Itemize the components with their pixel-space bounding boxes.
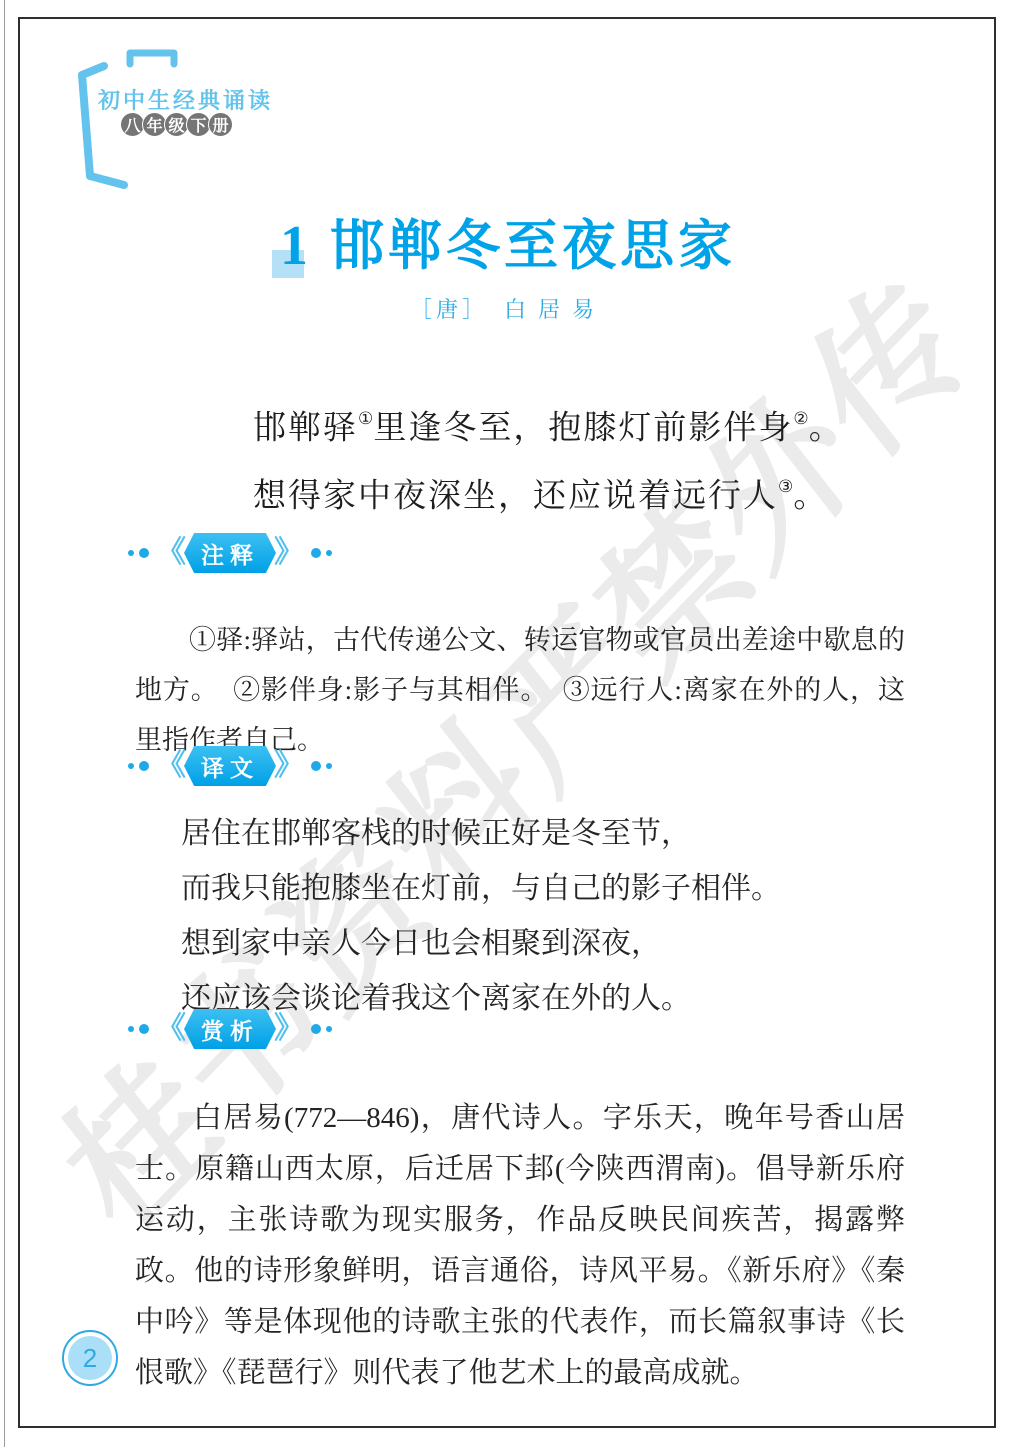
deco-dot bbox=[311, 1024, 321, 1034]
footnote-ref-2: ② bbox=[793, 409, 808, 428]
deco-dot bbox=[139, 1024, 149, 1034]
deco-dot bbox=[311, 761, 321, 771]
page-number-circle: 2 bbox=[62, 1330, 118, 1386]
footnote-ref-3: ③ bbox=[778, 477, 793, 496]
section-badge-notes: 注释 bbox=[184, 533, 276, 573]
deco-dot bbox=[128, 550, 134, 556]
textbook-page: 桂书资料严禁外传 初中生经典诵读 八 年 级 下 册 1邯郸冬至夜思家 ［唐］白… bbox=[0, 0, 1016, 1447]
author-line: ［唐］白居易 bbox=[0, 293, 1016, 324]
grade-badge-char: 册 bbox=[208, 112, 233, 137]
translation-block: 居住在邯郸客栈的时候正好是冬至节， 而我只能抱膝坐在灯前，与自己的影子相伴。 想… bbox=[181, 806, 781, 1026]
deco-dot bbox=[139, 761, 149, 771]
chevron-right-icon: 》 bbox=[274, 1014, 304, 1044]
deco-dot bbox=[128, 763, 134, 769]
section-header-notes: 《 注释 》 bbox=[128, 531, 332, 575]
analysis-paragraph: 白居易(772—846)，唐代诗人。字乐天，晚年号香山居士。原籍山西太原，后迁居… bbox=[135, 1093, 905, 1399]
section-badge-translation: 译文 bbox=[184, 746, 276, 786]
lesson-number: 1 bbox=[280, 214, 308, 278]
section-header-analysis: 《 赏析 》 bbox=[128, 1007, 332, 1051]
poem-line-2: 想得家中夜深坐，还应说着远行人③。 bbox=[253, 458, 844, 526]
deco-dot bbox=[139, 548, 149, 558]
deco-dot bbox=[326, 1026, 332, 1032]
chevron-right-icon: 》 bbox=[274, 751, 304, 781]
grade-badge: 八 年 级 下 册 bbox=[120, 112, 230, 137]
section-header-translation: 《 译文 》 bbox=[128, 744, 332, 788]
notes-paragraph: ①驿:驿站，古代传递公文、转运官物或官员出差途中歇息的地方。 ②影伴身:影子与其… bbox=[135, 615, 905, 765]
poem-line-1: 邯郸驿①里逢冬至，抱膝灯前影伴身②。 bbox=[253, 390, 844, 458]
deco-dot bbox=[326, 550, 332, 556]
translation-line: 而我只能抱膝坐在灯前，与自己的影子相伴。 bbox=[181, 861, 781, 916]
lesson-title-line: 1邯郸冬至夜思家 bbox=[0, 203, 1016, 280]
chevron-left-icon: 《 bbox=[156, 538, 186, 568]
translation-line: 想到家中亲人今日也会相聚到深夜， bbox=[181, 916, 781, 971]
deco-dot bbox=[311, 548, 321, 558]
deco-dot bbox=[326, 763, 332, 769]
chevron-left-icon: 《 bbox=[156, 751, 186, 781]
chevron-right-icon: 》 bbox=[274, 538, 304, 568]
page-content: 初中生经典诵读 八 年 级 下 册 1邯郸冬至夜思家 ［唐］白居易 邯郸驿①里逢… bbox=[0, 0, 1016, 1447]
lesson-title: 邯郸冬至夜思家 bbox=[330, 203, 736, 280]
section-badge-analysis: 赏析 bbox=[184, 1009, 276, 1049]
poem: 邯郸驿①里逢冬至，抱膝灯前影伴身②。 想得家中夜深坐，还应说着远行人③。 bbox=[253, 390, 844, 525]
chevron-left-icon: 《 bbox=[156, 1014, 186, 1044]
author-name: 白居易 bbox=[504, 297, 606, 322]
footnote-ref-1: ① bbox=[358, 409, 373, 428]
deco-dot bbox=[128, 1026, 134, 1032]
dynasty-label: ［唐］ bbox=[410, 297, 488, 322]
series-title: 初中生经典诵读 bbox=[98, 84, 398, 115]
page-number: 2 bbox=[68, 1336, 112, 1380]
translation-line: 居住在邯郸客栈的时候正好是冬至节， bbox=[181, 806, 781, 861]
